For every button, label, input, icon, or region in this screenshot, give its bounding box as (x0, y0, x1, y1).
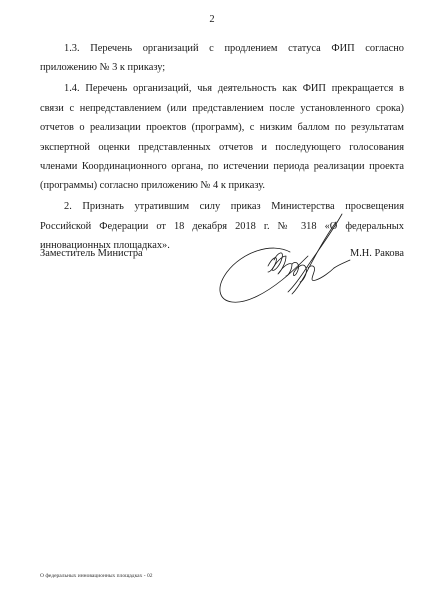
signatory-name: М.Н. Ракова (350, 248, 404, 259)
paragraph-1-3: 1.3. Перечень организаций с продлением с… (40, 39, 404, 78)
signatory-title: Заместитель Министра (40, 248, 143, 259)
paragraph-1-4: 1.4. Перечень организаций, чья деятельно… (40, 79, 404, 195)
page-number: 2 (0, 14, 424, 25)
footer-text: О федеральных инновационных площадках - … (40, 573, 152, 579)
signature-icon (212, 212, 352, 307)
